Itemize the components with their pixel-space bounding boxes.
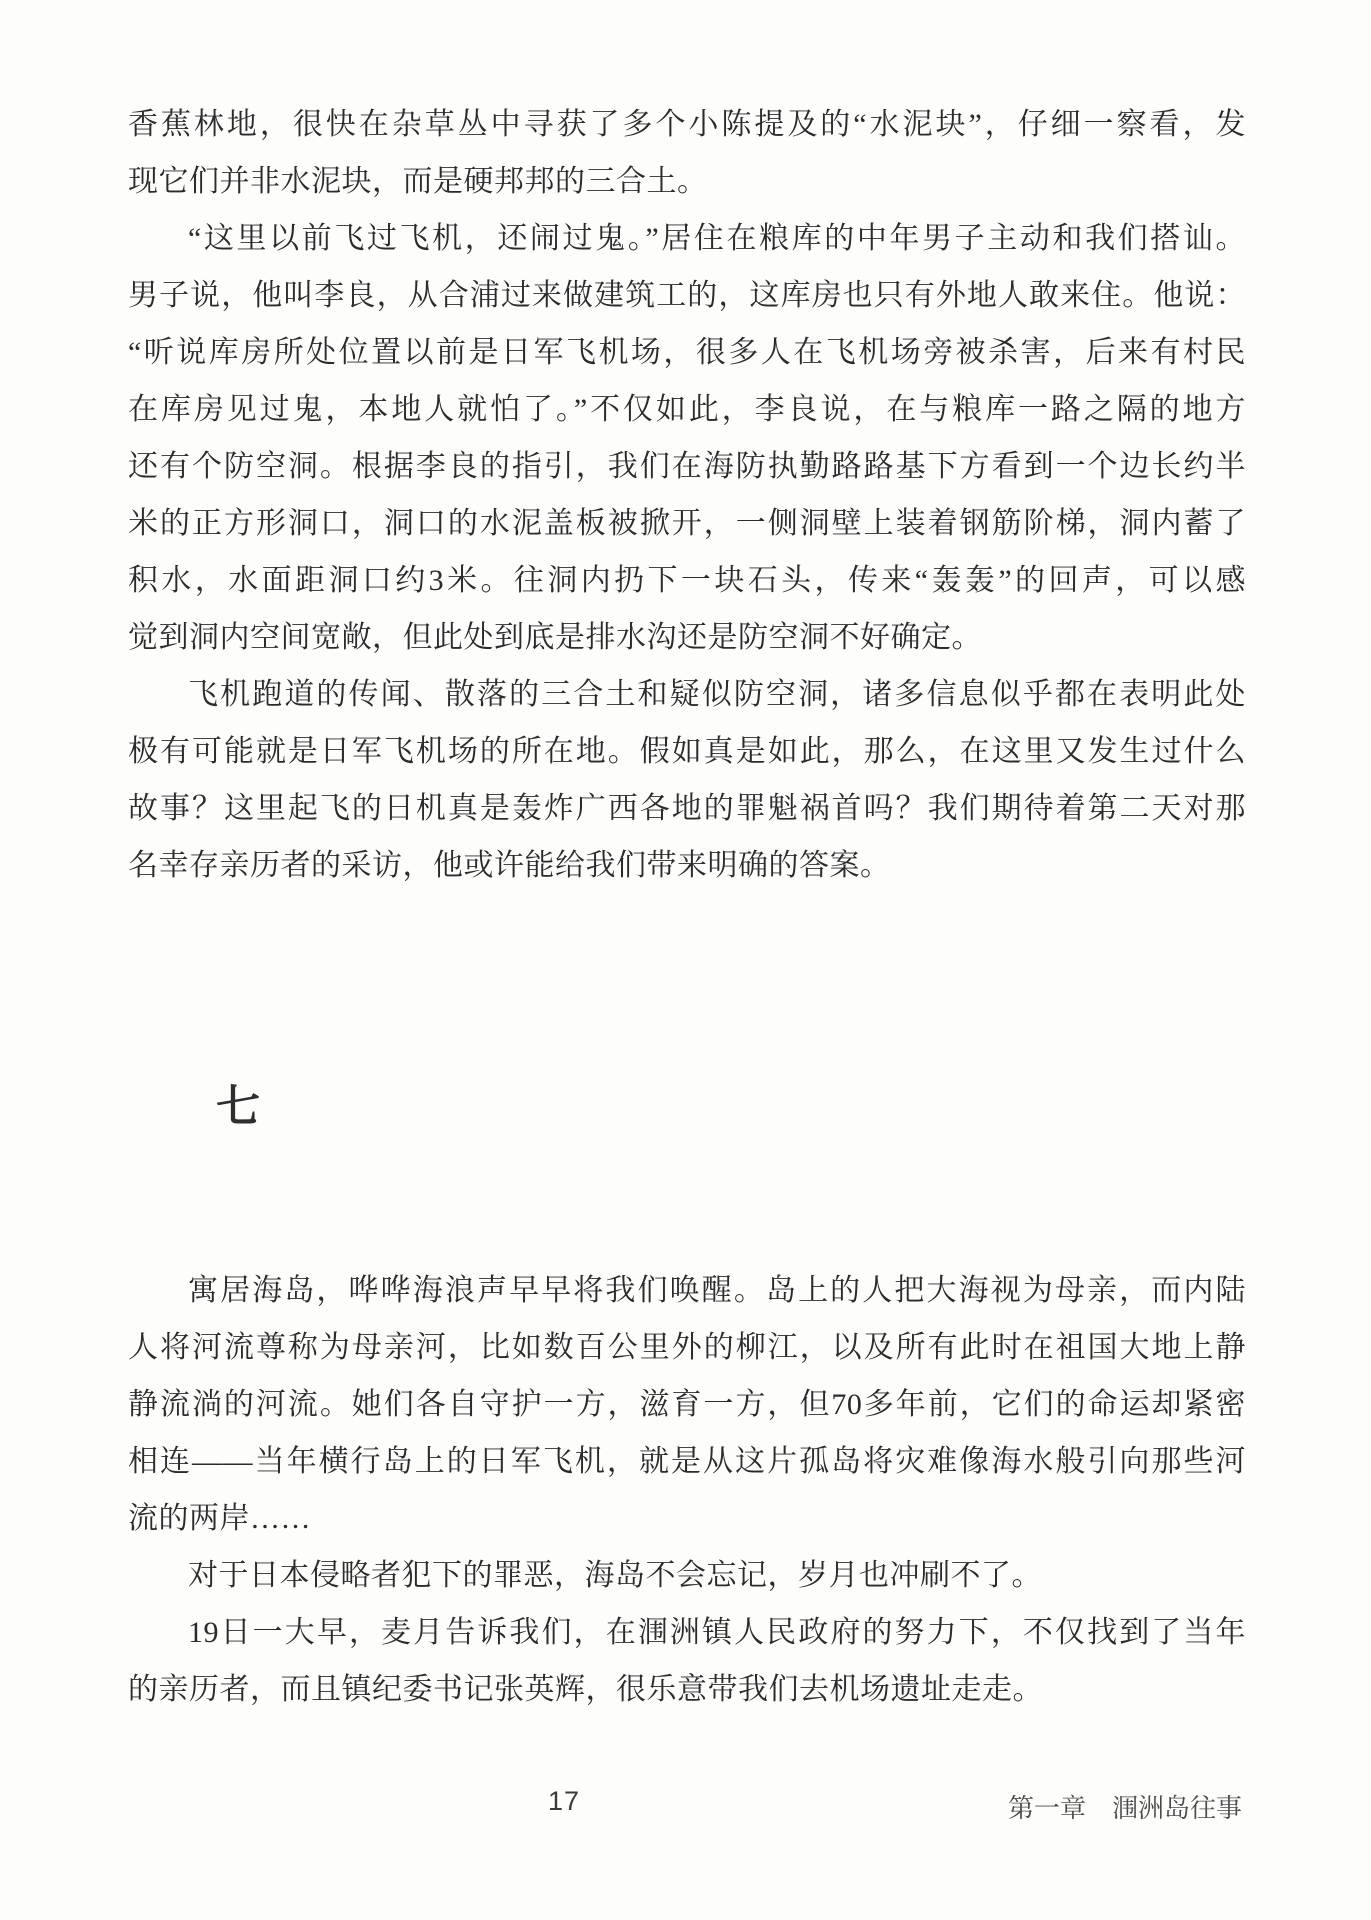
body-text-line: 人将河流尊称为母亲河，比如数百公里外的柳江，以及所有此时在祖国大地上静 <box>128 1319 1246 1376</box>
section-1-text: 香蕉林地，很快在杂草丛中寻获了多个小陈提及的“水泥块”，仔细一察看，发 现它们并… <box>128 96 1246 894</box>
body-text-line: 名幸存亲历者的采访，他或许能给我们带来明确的答案。 <box>128 837 1246 894</box>
body-text-line: 还有个防空洞。根据李良的指引，我们在海防执勤路路基下方看到一个边长约半 <box>128 438 1246 495</box>
body-text-line: 现它们并非水泥块，而是硬邦邦的三合土。 <box>128 153 1246 210</box>
body-text-line: 飞机跑道的传闻、散落的三合土和疑似防空洞，诸多信息似乎都在表明此处 <box>128 666 1246 723</box>
body-text-line: 极有可能就是日军飞机场的所在地。假如真是如此，那么，在这里又发生过什么 <box>128 723 1246 780</box>
body-text-line: 对于日本侵略者犯下的罪恶，海岛不会忘记，岁月也冲刷不了。 <box>128 1547 1246 1604</box>
body-text-line: 米的正方形洞口，洞口的水泥盖板被掀开，一侧洞壁上装着钢筋阶梯，洞内蓄了 <box>128 495 1246 552</box>
body-text-line: “这里以前飞过飞机，还闹过鬼。”居住在粮库的中年男子主动和我们搭讪。 <box>128 210 1246 267</box>
body-text-line: 香蕉林地，很快在杂草丛中寻获了多个小陈提及的“水泥块”，仔细一察看，发 <box>128 96 1246 153</box>
body-text-line: 在库房见过鬼，本地人就怕了。”不仅如此，李良说，在与粮库一路之隔的地方 <box>128 381 1246 438</box>
page-number: 17 <box>548 1786 580 1817</box>
body-text-line: 静流淌的河流。她们各自守护一方，滋育一方，但70多年前，它们的命运却紧密 <box>128 1376 1246 1433</box>
body-text-line: 的亲历者，而且镇纪委书记张英辉，很乐意带我们去机场遗址走走。 <box>128 1661 1246 1718</box>
book-page: 香蕉林地，很快在杂草丛中寻获了多个小陈提及的“水泥块”，仔细一察看，发 现它们并… <box>0 0 1371 1920</box>
body-text-line: 相连——当年横行岛上的日军飞机，就是从这片孤岛将灾难像海水般引向那些河 <box>128 1433 1246 1490</box>
body-text-line: “听说库房所处位置以前是日军飞机场，很多人在飞机场旁被杀害，后来有村民 <box>128 324 1246 381</box>
body-text-line: 男子说，他叫李良，从合浦过来做建筑工的，这库房也只有外地人敢来住。他说： <box>128 267 1246 324</box>
page-footer: 17 第一章 涠洲岛往事 <box>128 1786 1246 1822</box>
section-2-text: 寓居海岛，哗哗海浪声早早将我们唤醒。岛上的人把大海视为母亲，而内陆 人将河流尊称… <box>128 1262 1246 1718</box>
body-text-line: 觉到洞内空间宽敞，但此处到底是排水沟还是防空洞不好确定。 <box>128 609 1246 666</box>
body-text-line: 流的两岸…… <box>128 1490 1246 1547</box>
body-text-line: 寓居海岛，哗哗海浪声早早将我们唤醒。岛上的人把大海视为母亲，而内陆 <box>128 1262 1246 1319</box>
section-heading: 七 <box>128 1076 1246 1138</box>
chapter-title: 第一章 涠洲岛往事 <box>1008 1788 1242 1825</box>
body-text-line: 19日一大早，麦月告诉我们，在涠洲镇人民政府的努力下，不仅找到了当年 <box>128 1604 1246 1661</box>
body-text-line: 积水，水面距洞口约3米。往洞内扔下一块石头，传来“轰轰”的回声，可以感 <box>128 552 1246 609</box>
body-text-line: 故事？这里起飞的日机真是轰炸广西各地的罪魁祸首吗？我们期待着第二天对那 <box>128 780 1246 837</box>
